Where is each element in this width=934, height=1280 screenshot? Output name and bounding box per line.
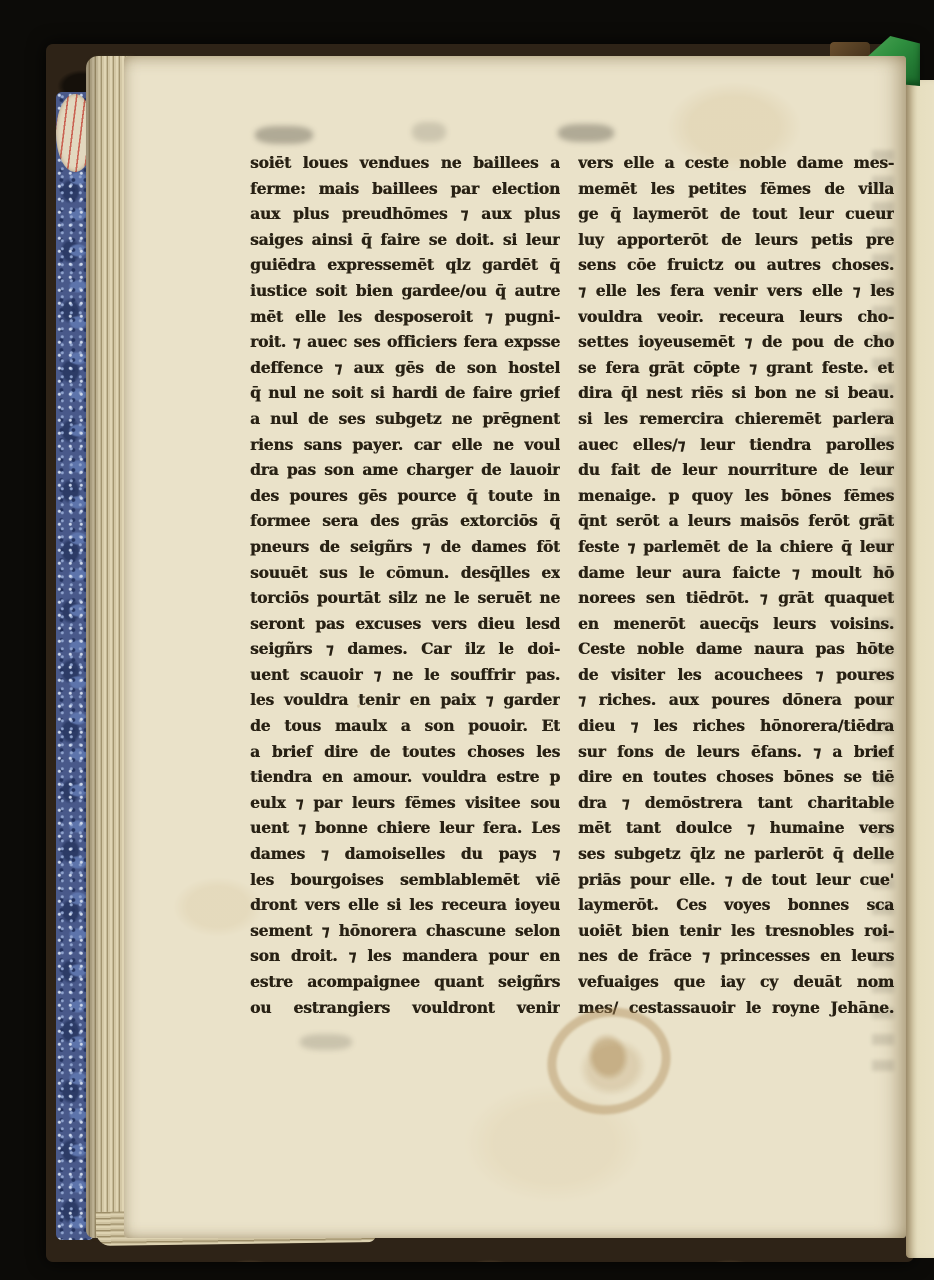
text-line: aux plus preudhōmes ⁊ aux plus [250, 201, 560, 227]
text-line: eulx ⁊ par leurs fēmes visitee sou [250, 790, 560, 816]
text-line: se fera grāt cōpte ⁊ grant feste. et [578, 355, 894, 381]
text-line: seront pas excuses vers dieu lesd [250, 611, 560, 637]
text-line: du fait de leur nourriture de leur [578, 457, 894, 483]
text-line: dieu ⁊ les riches hōnorera/tiēdra [578, 713, 894, 739]
text-line: deffence ⁊ aux gēs de son hostel [250, 355, 560, 381]
text-line: vefuaiges que iay cy deuāt nom [578, 969, 894, 995]
bleed-through-mark [255, 126, 313, 144]
text-line: auec elles/⁊ leur tiendra parolles [578, 432, 894, 458]
text-line: sement ⁊ hōnorera chascune selon [250, 918, 560, 944]
text-line: souuēt sus le cōmun. desq̄lles ex [250, 560, 560, 586]
facing-page-edge [906, 80, 934, 1258]
text-line: a brief dire de toutes choses les [250, 739, 560, 765]
text-line: de tous maulx a son pouoir. Et [250, 713, 560, 739]
text-line: sens cōe fruictz ou autres choses. [578, 252, 894, 278]
text-line: ⁊ riches. aux poures dōnera pour [578, 687, 894, 713]
text-line: sur fons de leurs ēfans. ⁊ a brief [578, 739, 894, 765]
text-line: formee sera des grās extorciōs q̄ [250, 508, 560, 534]
text-line: en menerōt auecq̄s leurs voisins. [578, 611, 894, 637]
text-line: ge q̄ laymerōt de tout leur cueur [578, 201, 894, 227]
text-line: a nul de ses subgetz ne prēgnent [250, 406, 560, 432]
bleed-through-mark [558, 124, 614, 142]
bleed-through-mark [300, 1034, 352, 1050]
text-line: mēt tant doulce ⁊ humaine vers [578, 815, 894, 841]
text-line: des poures gēs pource q̄ toute in [250, 483, 560, 509]
text-line: laymerōt. Ces voyes bonnes sca [578, 892, 894, 918]
text-line: les vouldra tenir en paix ⁊ garder [250, 687, 560, 713]
text-line: seigñrs ⁊ dames. Car ilz le doi- [250, 636, 560, 662]
text-line: ou estrangiers vouldront venir [250, 995, 560, 1021]
text-line: uent scauoir ⁊ ne le souffrir pas. [250, 662, 560, 688]
text-line: dra pas son ame charger de lauoir [250, 457, 560, 483]
text-line: vers elle a ceste noble dame mes- [578, 150, 894, 176]
text-line: roit. ⁊ auec ses officiers fera expsse [250, 329, 560, 355]
text-line: norees sen tiēdrōt. ⁊ grāt quaquet [578, 585, 894, 611]
text-column-right: vers elle a ceste noble dame mes-memēt l… [578, 150, 894, 1020]
bleed-through-mark [412, 122, 446, 142]
text-line: les bourgoises semblablemēt viē [250, 867, 560, 893]
text-line: dame leur aura faicte ⁊ moult hō [578, 560, 894, 586]
text-line: priās pour elle. ⁊ de tout leur cue' [578, 867, 894, 893]
text-column-left: soiēt loues vendues ne baillees aferme: … [250, 150, 560, 1020]
text-line: dra ⁊ demōstrera tant charitable [578, 790, 894, 816]
text-line: dire en toutes choses bōnes se tiē [578, 764, 894, 790]
book-scan: soiēt loues vendues ne baillees aferme: … [0, 0, 934, 1280]
text-line: menaige. p quoy les bōnes fēmes [578, 483, 894, 509]
text-line: guiēdra expressemēt qlz gardēt q̄ [250, 252, 560, 278]
text-line: uent ⁊ bonne chiere leur fera. Les [250, 815, 560, 841]
text-line: estre acompaignee quant seigñrs [250, 969, 560, 995]
text-line: tiendra en amour. vouldra estre p [250, 764, 560, 790]
text-line: dira q̄l nest riēs si bon ne si beau. [578, 380, 894, 406]
text-line: dames ⁊ damoiselles du pays ⁊ [250, 841, 560, 867]
text-line: saiges ainsi q̄ faire se doit. si leur [250, 227, 560, 253]
text-line: pneurs de seigñrs ⁊ de dames fōt [250, 534, 560, 560]
text-line: soiēt loues vendues ne baillees a [250, 150, 560, 176]
text-line: luy apporterōt de leurs petis pre [578, 227, 894, 253]
text-line: memēt les petites fēmes de villa [578, 176, 894, 202]
text-line: son droit. ⁊ les mandera pour en [250, 943, 560, 969]
text-line: nes de frāce ⁊ princesses en leurs [578, 943, 894, 969]
text-line: dront vers elle si les receura ioyeu [250, 892, 560, 918]
text-line: iustice soit bien gardee/ou q̄ autre [250, 278, 560, 304]
text-line: si les remercira chieremēt parlera [578, 406, 894, 432]
text-line: riens sans payer. car elle ne voul [250, 432, 560, 458]
text-line: ferme: mais baillees par election [250, 176, 560, 202]
printed-page: soiēt loues vendues ne baillees aferme: … [124, 56, 906, 1238]
text-line: torciōs pourtāt silz ne le seruēt ne [250, 585, 560, 611]
text-line: Ceste noble dame naura pas hōte [578, 636, 894, 662]
text-line: vouldra veoir. receura leurs cho- [578, 304, 894, 330]
text-line: ses subgetz q̄lz ne parlerōt q̄ delle [578, 841, 894, 867]
text-line: ⁊ elle les fera venir vers elle ⁊ les [578, 278, 894, 304]
text-line: feste ⁊ parlemēt de la chiere q̄ leur [578, 534, 894, 560]
text-line: settes ioyeusemēt ⁊ de pou de cho [578, 329, 894, 355]
text-line: uoiēt bien tenir les tresnobles roi- [578, 918, 894, 944]
text-line: mēt elle les desposeroit ⁊ pugni- [250, 304, 560, 330]
text-line: q̄nt serōt a leurs maisōs ferōt grāt [578, 508, 894, 534]
text-line: de visiter les acouchees ⁊ poures [578, 662, 894, 688]
text-line: q̄ nul ne soit si hardi de faire grief [250, 380, 560, 406]
